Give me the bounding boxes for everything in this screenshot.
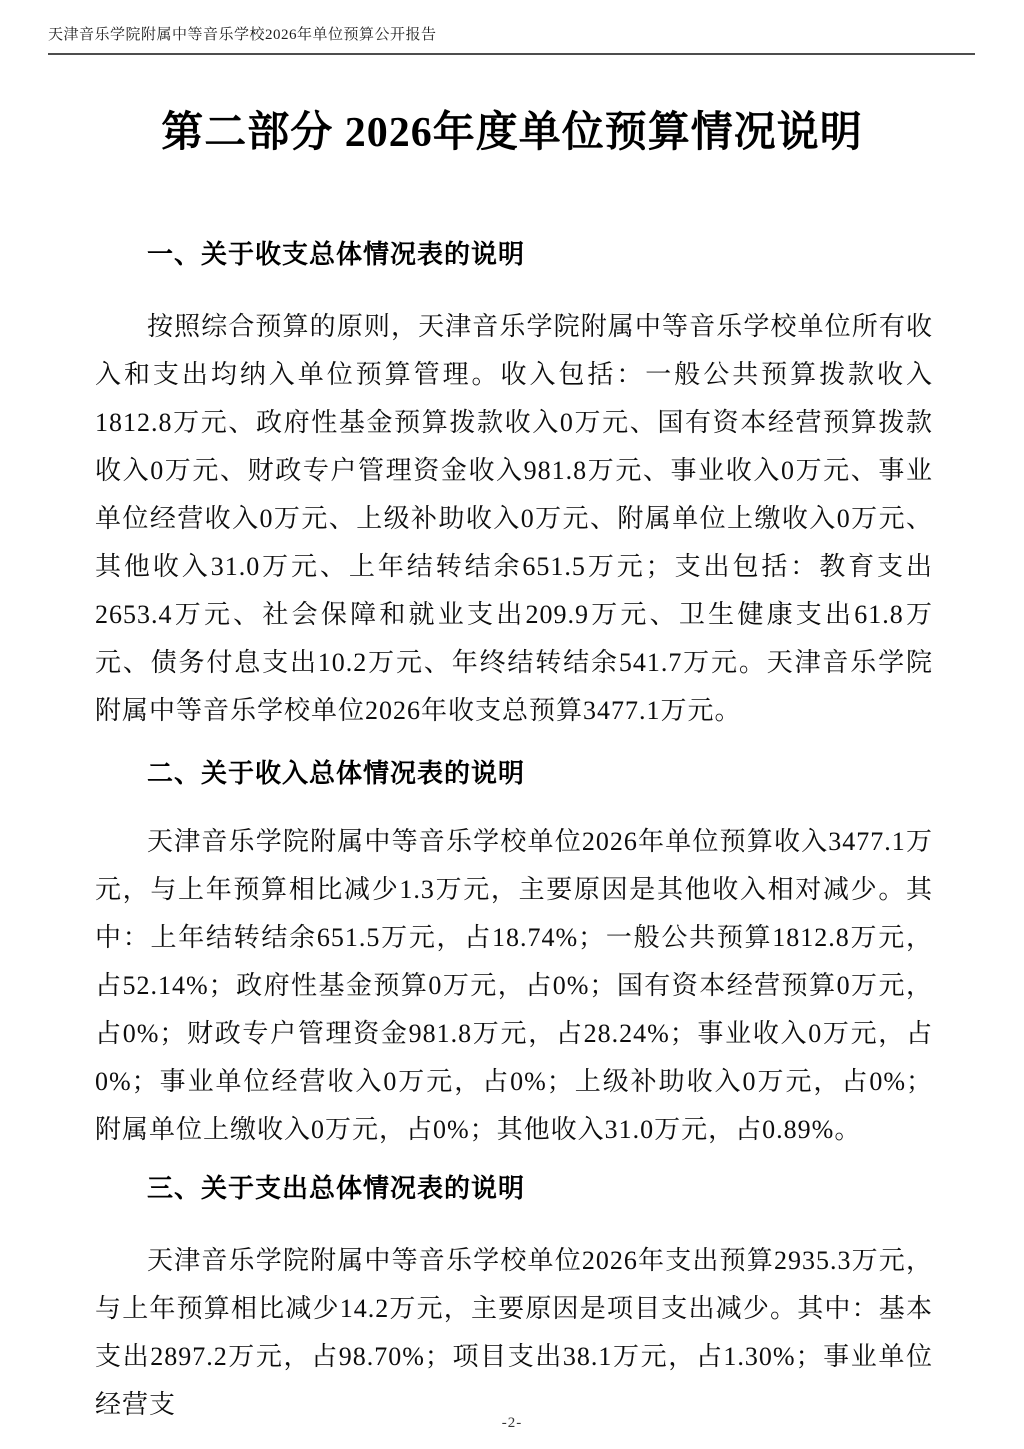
section-3-paragraph: 天津音乐学院附属中等音乐学校单位2026年支出预算2935.3万元，与上年预算相…	[95, 1237, 933, 1429]
section-2-paragraph: 天津音乐学院附属中等音乐学校单位2026年单位预算收入3477.1万元，与上年预…	[95, 818, 933, 1154]
page-number: -2-	[502, 1415, 523, 1431]
section-2-heading: 二、关于收入总体情况表的说明	[95, 757, 933, 789]
document-title: 第二部分 2026年度单位预算情况说明	[0, 104, 1024, 162]
document-page: 天津音乐学院附属中等音乐学校2026年单位预算公开报告 第二部分 2026年度单…	[0, 0, 1024, 1449]
page-footer: -2-	[0, 1413, 1024, 1433]
header-report-title: 天津音乐学院附属中等音乐学校2026年单位预算公开报告	[48, 27, 437, 43]
section-1-paragraph: 按照综合预算的原则，天津音乐学院附属中等音乐学校单位所有收入和支出均纳入单位预算…	[95, 303, 933, 735]
page-header: 天津音乐学院附属中等音乐学校2026年单位预算公开报告	[48, 25, 975, 55]
section-1-heading: 一、关于收支总体情况表的说明	[95, 238, 933, 270]
section-3-heading: 三、关于支出总体情况表的说明	[95, 1172, 933, 1204]
document-body: 一、关于收支总体情况表的说明 按照综合预算的原则，天津音乐学院附属中等音乐学校单…	[95, 238, 933, 1429]
